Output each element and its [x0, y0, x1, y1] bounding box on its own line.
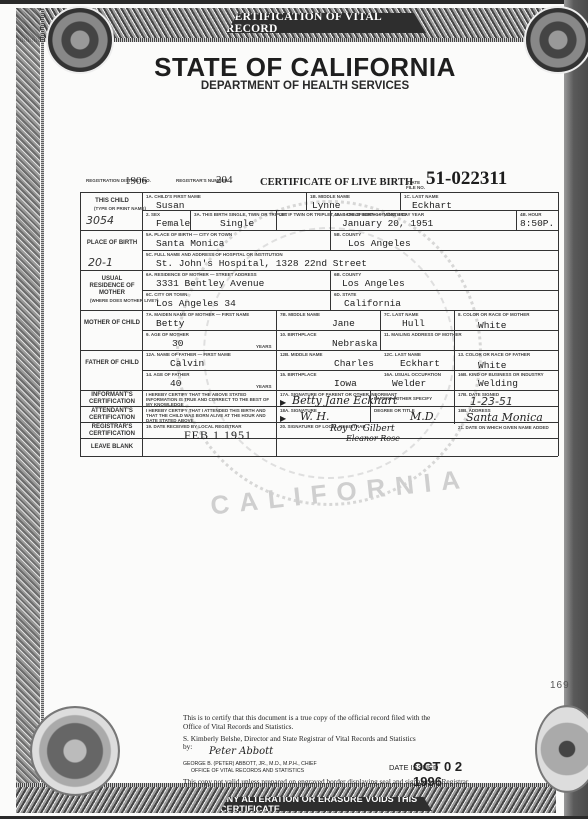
mother-first-name: Betty: [156, 318, 185, 329]
father-first-name: Calvin: [170, 358, 204, 369]
registrar-line: S. Kimberly Belshe, Director and State R…: [183, 734, 416, 743]
attendant-address: Santa Monica: [466, 411, 543, 424]
residence-state: California: [344, 298, 401, 309]
section-place-of-birth: PLACE OF BIRTH: [84, 240, 140, 247]
hospital-label: 5c. FULL NAME AND ADDRESS OF HOSPITAL OR…: [146, 252, 283, 257]
chief-signature: Peter Abbott: [209, 746, 273, 757]
mother-age: 30: [172, 338, 183, 349]
engraved-border-left: [16, 8, 40, 808]
certification-banner: CERTIFICATION OF VITAL RECORD: [226, 13, 426, 33]
section-registrar: REGISTRAR'S CERTIFICATION: [82, 424, 142, 438]
father-birthplace-label: 15. BIRTHPLACE: [280, 372, 317, 377]
date-of-birth-label: 4a. DATE OF BIRTH — MONTH DAY YEAR: [334, 212, 424, 217]
informant-relation-label: PARENT / OTHER SPECIFY: [374, 396, 432, 401]
birth-certificate-form: REGISTRATION DISTRICT NO. 1906 REGISTRAR…: [80, 170, 558, 458]
section-attendant: ATTENDANT'S CERTIFICATION: [82, 408, 142, 422]
father-color: White: [478, 360, 507, 371]
father-birthplace: Iowa: [334, 378, 357, 389]
informant-statement: I HEREBY CERTIFY THAT THE ABOVE STATED I…: [146, 392, 272, 407]
residence-city: Los Angeles 34: [156, 298, 236, 309]
years-label: YEARS: [256, 344, 272, 349]
residence-street-label: 6a. RESIDENCE OF MOTHER — STREET ADDRESS: [146, 272, 257, 277]
alteration-warning-banner: ANY ALTERATION OR ERASURE VOIDS THIS CER…: [220, 797, 432, 811]
mother-mailing-label: 11. MAILING ADDRESS OF MOTHER: [384, 332, 462, 337]
years-label: YEARS: [256, 384, 272, 389]
arrow-right-icon: ▶: [280, 414, 286, 424]
residence-city-label: 6c. CITY OR TOWN: [146, 292, 187, 297]
department-title: DEPARTMENT OF HEALTH SERVICES: [22, 80, 588, 92]
mother-last-name: Hull: [402, 318, 425, 329]
father-age: 40: [170, 378, 181, 389]
registration-district: 1906: [125, 175, 147, 187]
child-first-name-label: 1a. CHILD'S FIRST NAME: [146, 194, 201, 199]
father-last-name: Eckhart: [400, 358, 440, 369]
state-seal-icon: [30, 706, 120, 796]
mother-middle-name: Jane: [332, 318, 355, 329]
child-plurality: Single: [220, 218, 254, 229]
state-title: STATE OF CALIFORNIA: [22, 52, 588, 83]
attendant-degree-label: DEGREE OR TITLE: [374, 408, 415, 413]
father-middle-name: Charles: [334, 358, 374, 369]
local-registrar-signature: Roy O. Gilbert: [330, 424, 395, 434]
child-middle-name-label: 1b. MIDDLE NAME: [310, 194, 350, 199]
certification-line-2: Office of Vital Records and Statistics.: [183, 722, 293, 731]
section-usual-residence-sub: (WHERE DOES MOTHER LIVE?): [90, 298, 159, 303]
father-color-label: 13. COLOR OR RACE OF FATHER: [458, 352, 530, 357]
section-father: FATHER OF CHILD: [84, 360, 140, 367]
father-middle-name-label: 12b. MIDDLE NAME: [280, 352, 323, 357]
arrow-right-icon: ▶: [280, 398, 286, 408]
birth-hour: 8:50P.: [520, 218, 554, 229]
mother-first-name-label: 7a. MAIDEN NAME OF MOTHER — FIRST NAME: [146, 312, 249, 317]
section-leave-blank: LEAVE BLANK: [82, 444, 142, 451]
section-this-child-sub: (TYPE OR PRINT NAME): [94, 206, 146, 211]
child-middle-name: Lynne: [312, 200, 341, 211]
scanner-right-edge: [564, 0, 588, 819]
father-first-name-label: 12a. NAME OF FATHER — FIRST NAME: [146, 352, 231, 357]
child-sex: Female: [156, 218, 190, 229]
mother-middle-name-label: 7b. MIDDLE NAME: [280, 312, 320, 317]
attendant-degree: M.D.: [410, 410, 437, 423]
scanner-top-edge: [0, 0, 588, 4]
residence-state-label: 6d. STATE: [334, 292, 356, 297]
state-file-label: STATE FILE NO.: [406, 180, 426, 190]
birth-county-label: 5b. COUNTY: [334, 232, 361, 237]
section-usual-residence: USUAL RESIDENCE OF MOTHER: [84, 276, 140, 297]
residence-county: Los Angeles: [342, 278, 405, 289]
signer-office: OFFICE OF VITAL RECORDS AND STATISTICS: [191, 768, 304, 774]
certification-line-1: This is to certify that this document is…: [183, 713, 430, 722]
plurality-label: 3a. THIS BIRTH SINGLE, TWIN OR TRIPLET: [194, 212, 288, 217]
section-this-child: THIS CHILD: [84, 198, 140, 205]
father-industry-label: 16b. KIND OF BUSINESS OR INDUSTRY: [458, 372, 544, 377]
registrar-number: 204: [216, 174, 233, 186]
date-received: FEB 1 1951: [184, 428, 252, 443]
mother-birthplace: Nebraska: [332, 338, 378, 349]
birth-county: Los Angeles: [348, 238, 411, 249]
father-occupation: Welder: [392, 378, 426, 389]
attendant-statement: I HEREBY CERTIFY THAT I ATTENDED THIS BI…: [146, 408, 272, 423]
mother-color: White: [478, 320, 507, 331]
validity-note: This copy not valid unless prepared on e…: [183, 777, 470, 786]
certificate-heading: CERTIFICATE OF LIVE BIRTH: [260, 177, 413, 188]
given-name-date-label: 21. DATE ON WHICH GIVEN NAME ADDED: [458, 425, 549, 430]
attendant-signature: W. H.: [300, 410, 329, 423]
local-registrar-signature-2: Eleanor Rose: [346, 434, 400, 443]
father-age-label: 14. AGE OF FATHER: [146, 372, 190, 377]
signer-name: GEORGE B. (PETER) ABBOTT, JR., M.D., M.P…: [183, 761, 317, 767]
section-mother: MOTHER OF CHILD: [84, 320, 140, 327]
state-file-number: 51-022311: [426, 168, 507, 190]
mother-birthplace-label: 10. BIRTHPLACE: [280, 332, 317, 337]
residence-county-label: 6b. COUNTY: [334, 272, 361, 277]
father-industry: Welding: [478, 378, 518, 389]
date-of-birth: January 20, 1951: [342, 218, 433, 229]
birth-city: Santa Monica: [156, 238, 224, 249]
section-informant: INFORMANT'S CERTIFICATION: [82, 392, 142, 406]
father-last-name-label: 12c. LAST NAME: [384, 352, 421, 357]
mother-age-label: 9. AGE OF MOTHER: [146, 332, 189, 337]
informant-date-signed: 1-23-51: [470, 395, 513, 408]
hospital: St. John's Hospital, 1328 22nd Street: [156, 258, 367, 269]
child-first-name: Susan: [156, 200, 185, 211]
mother-color-label: 8. COLOR OR RACE OF MOTHER: [458, 312, 530, 317]
birth-city-label: 5a. PLACE OF BIRTH — CITY OR TOWN: [146, 232, 232, 237]
mother-last-name-label: 7c. LAST NAME: [384, 312, 419, 317]
father-occupation-label: 16a. USUAL OCCUPATION: [384, 372, 441, 377]
child-last-name: Eckhart: [412, 200, 452, 211]
margin-note: 3054: [86, 214, 114, 227]
margin-note: 20-1: [88, 256, 113, 269]
by-label: by:: [183, 742, 192, 751]
residence-street: 3331 Bentley Avenue: [156, 278, 264, 289]
child-last-name-label: 1c. LAST NAME: [404, 194, 439, 199]
side-number: 169: [550, 680, 570, 691]
hour-label: 4b. HOUR: [520, 212, 542, 217]
sex-label: 2. SEX: [146, 212, 160, 217]
